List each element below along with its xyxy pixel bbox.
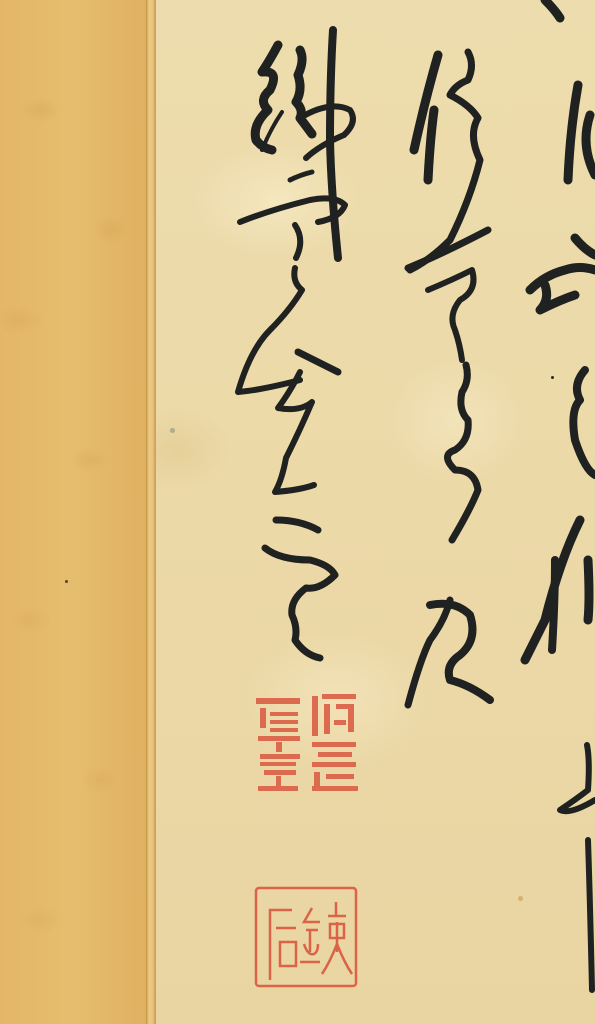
paper-stain (551, 376, 554, 379)
seal-lower-icon (250, 882, 360, 990)
text-column-middle (408, 52, 490, 705)
calligraphy-ink (0, 0, 595, 1024)
silk-stain (65, 580, 68, 583)
seal-upper: Seal impression (intaglio) (252, 690, 362, 795)
seal-upper-icon (252, 690, 362, 795)
seal-lower: Seal impression (relief) (250, 882, 360, 990)
calligraphy-scroll-photo: Seal impression (intaglio) (0, 0, 595, 1024)
paper-stain (518, 896, 523, 901)
signature-column (238, 30, 353, 658)
paper-stain (170, 428, 175, 433)
text-column-right (525, 0, 595, 990)
